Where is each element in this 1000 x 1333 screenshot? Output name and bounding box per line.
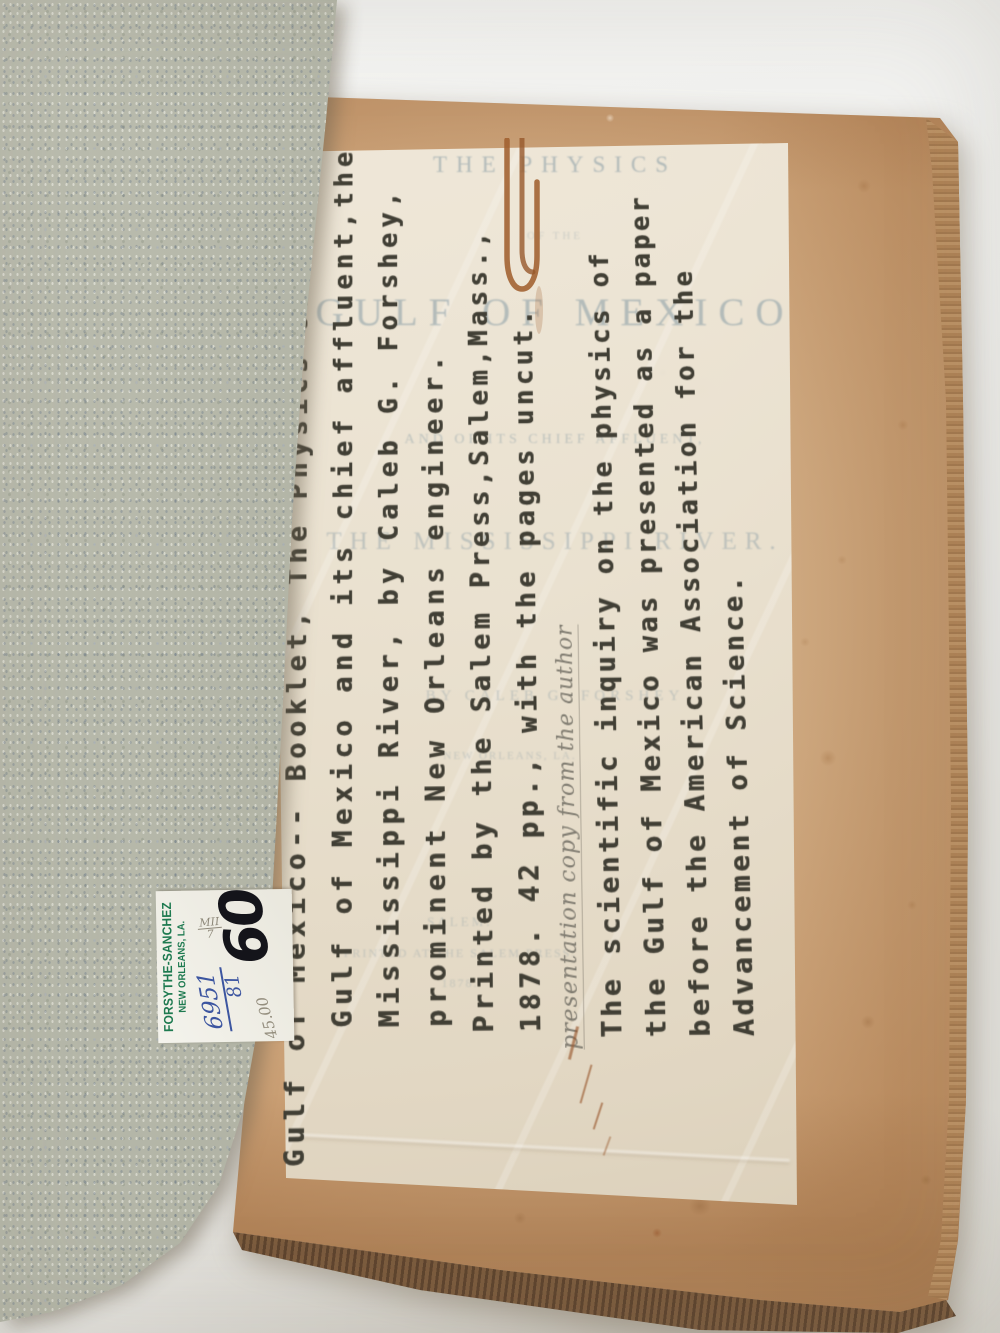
pencil-price: 45.00 [253, 995, 282, 1041]
cover-wrapper [0, 0, 1000, 1333]
label-name-line2: NEW ORLEANS, LA. [176, 894, 190, 1039]
pencil-code: MII 7 [197, 916, 223, 941]
book-cover [0, 0, 1000, 1333]
photo-of-antique-booklet: THE PHYSICS OF THE GULF OF MEXICO AND OF… [0, 0, 1000, 1333]
bookseller-label: FORSYTHE-SANCHEZ NEW ORLEANS, LA. 6951 8… [156, 889, 295, 1043]
ink-catalog-number: 6951 81 [192, 962, 251, 1034]
pencil-code-line2: 7 [206, 927, 214, 941]
label-name-line1: FORSYTHE-SANCHEZ [159, 897, 176, 1037]
